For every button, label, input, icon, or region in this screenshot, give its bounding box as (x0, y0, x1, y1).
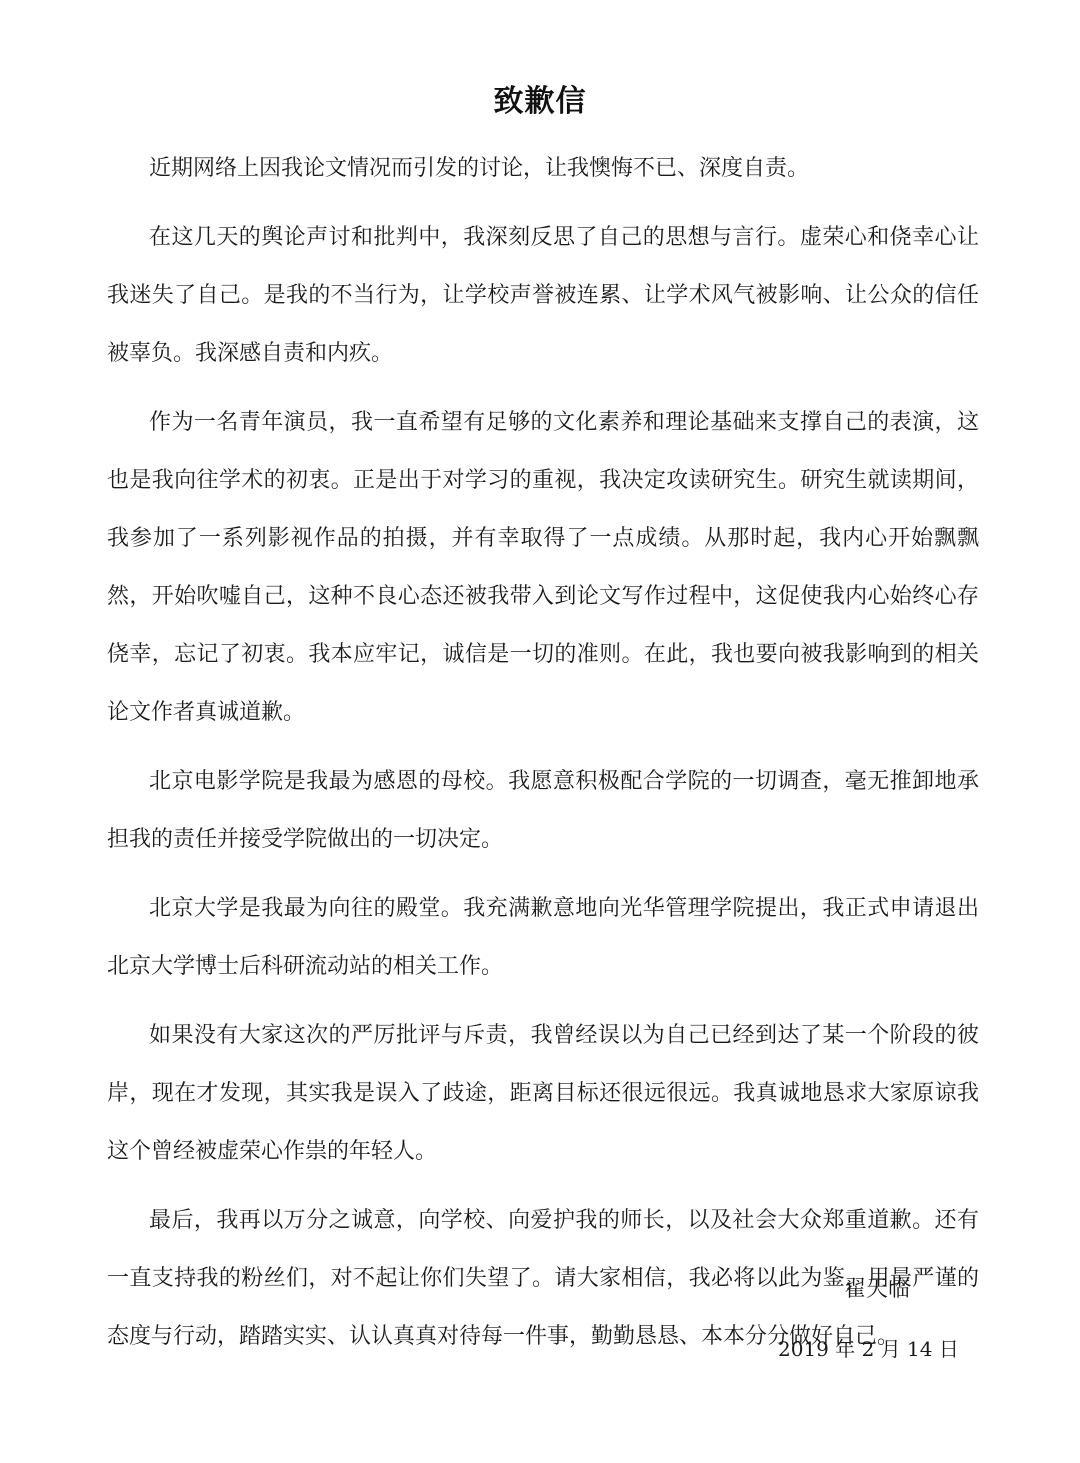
paragraph-4: 北京电影学院是我最为感恩的母校。我愿意积极配合学院的一切调查，毫无推卸地承担我的… (107, 753, 979, 869)
paragraph-6: 如果没有大家这次的严厉批评与斥责，我曾经误以为自己已经到达了某一个阶段的彼岸，现… (107, 1007, 979, 1181)
letter-body: 近期网络上因我论文情况而引发的讨论，让我懊悔不已、深度自责。 在这几天的舆论声讨… (107, 140, 979, 1377)
paragraph-3: 作为一名青年演员，我一直希望有足够的文化素养和理论基础来支撑自己的表演，这也是我… (107, 394, 979, 742)
letter-date: 2019 年 2 月 14 日 (778, 1333, 959, 1362)
letter-title: 致歉信 (0, 76, 1080, 120)
paragraph-1: 近期网络上因我论文情况而引发的讨论，让我懊悔不已、深度自责。 (107, 140, 979, 198)
paragraph-2: 在这几天的舆论声讨和批判中，我深刻反思了自己的思想与言行。虚荣心和侥幸心让我迷失… (107, 209, 979, 383)
letter-page: 致歉信 近期网络上因我论文情况而引发的讨论，让我懊悔不已、深度自责。 在这几天的… (0, 0, 1080, 1463)
paragraph-5: 北京大学是我最为向往的殿堂。我充满歉意地向光华管理学院提出，我正式申请退出北京大… (107, 880, 979, 996)
signature: 翟天临 (844, 1272, 910, 1303)
